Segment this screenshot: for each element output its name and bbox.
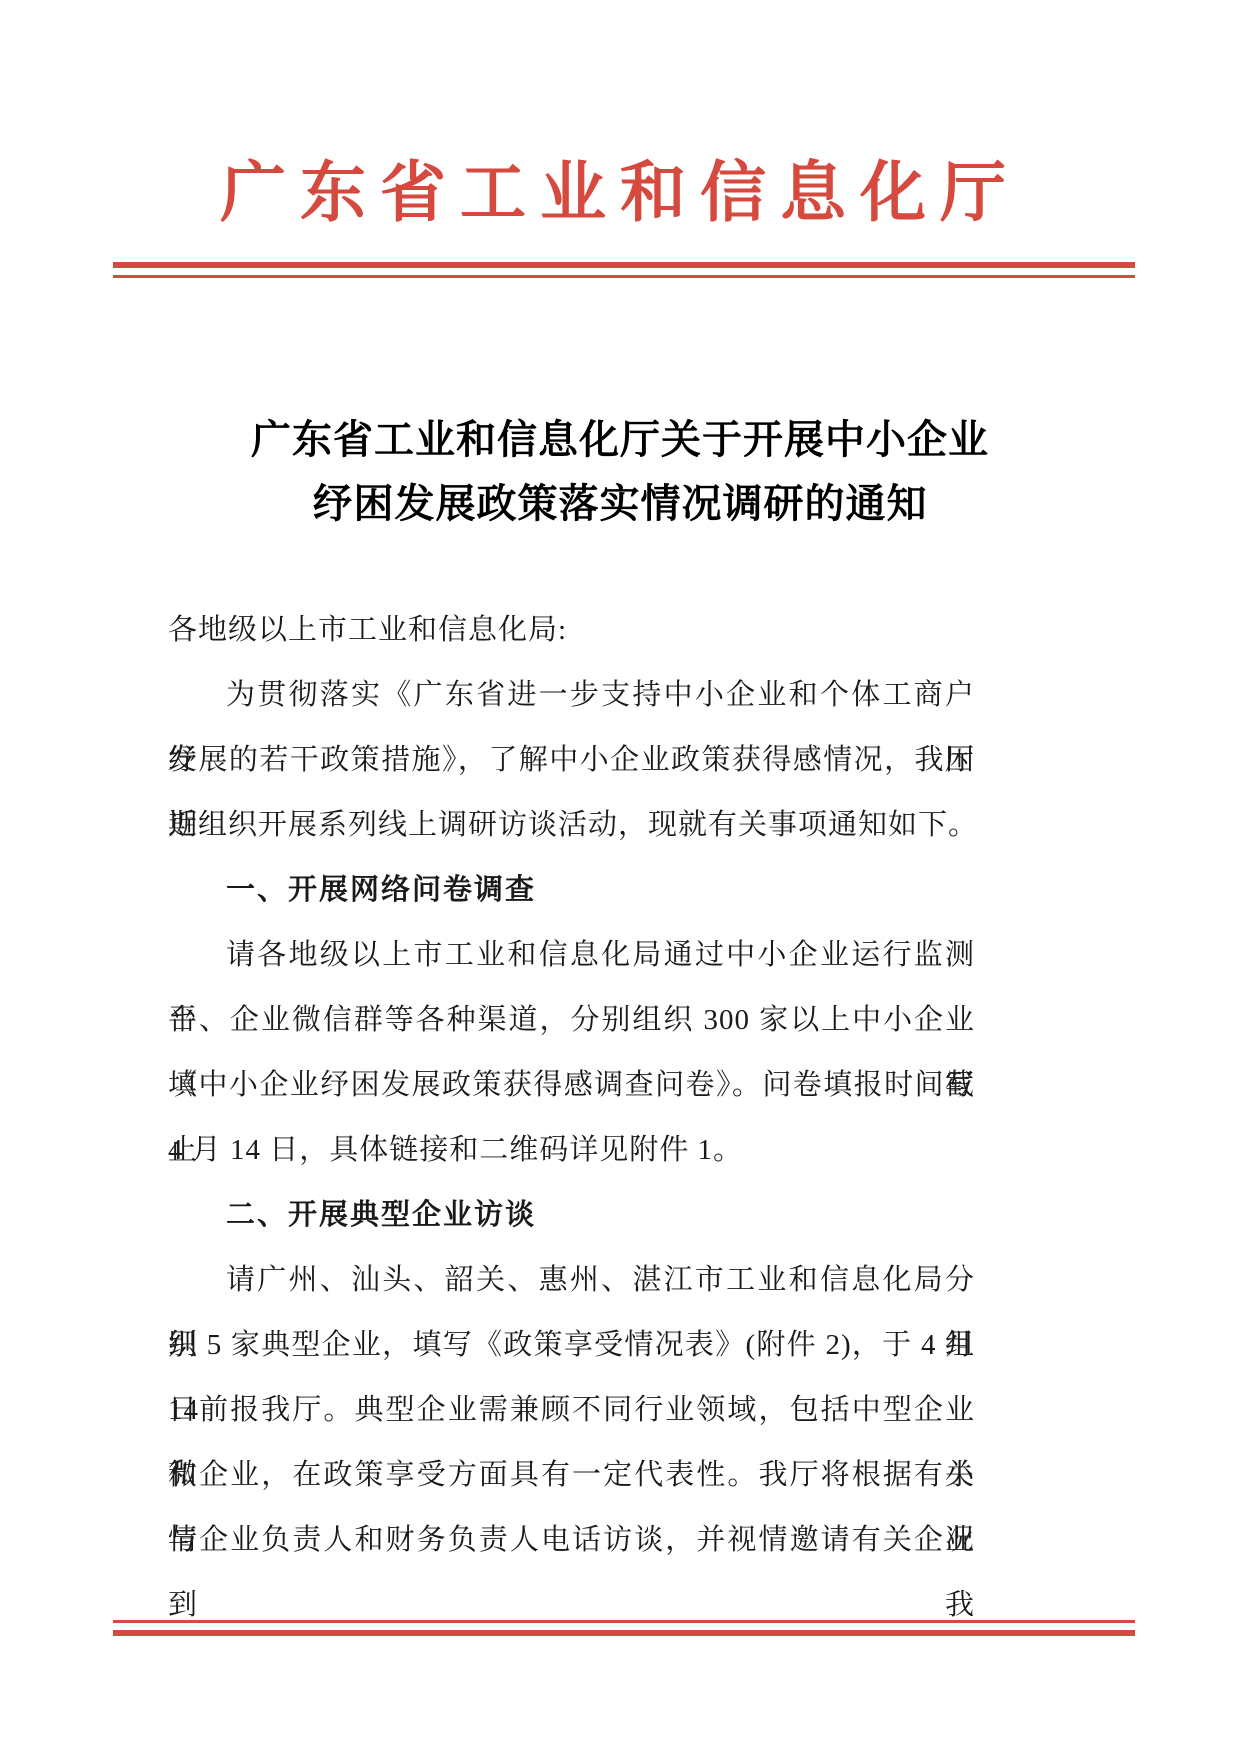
body-line: 日前报我厅。典型企业需兼顾不同行业领域，包括中型企业和小	[168, 1378, 975, 1443]
body-line: 与企业负责人和财务负责人电话访谈，并视情邀请有关企业到我	[168, 1508, 975, 1573]
salutation: 各地级以上市工业和信息化局:	[168, 598, 975, 663]
footer-rule-thin	[113, 1620, 1135, 1623]
section-heading-1: 一、开展网络问卷调查	[168, 858, 975, 923]
section-heading-2: 二、开展典型企业访谈	[168, 1183, 975, 1248]
document-title-line2: 纾困发展政策落实情况调研的通知	[0, 472, 1240, 536]
body-line: 请各地级以上市工业和信息化局通过中小企业运行监测平	[168, 923, 975, 988]
body-line: 微企业，在政策享受方面具有一定代表性。我厅将根据有关情况	[168, 1443, 975, 1508]
body-line: 期组织开展系列线上调研访谈活动，现就有关事项通知如下。	[168, 793, 975, 858]
body-line: 织 5 家典型企业，填写《政策享受情况表》(附件 2)，于 4 月 14	[168, 1313, 975, 1378]
header-rule-thick	[113, 262, 1135, 268]
body-line: 请广州、汕头、韶关、惠州、湛江市工业和信息化局分别组	[168, 1248, 975, 1313]
header-rule-thin	[113, 275, 1135, 278]
document-body: 各地级以上市工业和信息化局: 为贯彻落实《广东省进一步支持中小企业和个体工商户纾…	[168, 598, 975, 1573]
body-line: 《中小企业纾困发展政策获得感调查问卷》。问卷填报时间截止	[168, 1053, 975, 1118]
document-page: 广东省工业和信息化厅 广东省工业和信息化厅关于开展中小企业 纾困发展政策落实情况…	[0, 0, 1240, 1753]
document-title-line1: 广东省工业和信息化厅关于开展中小企业	[0, 408, 1240, 472]
document-title: 广东省工业和信息化厅关于开展中小企业 纾困发展政策落实情况调研的通知	[0, 408, 1240, 536]
body-line: 台、企业微信群等各种渠道，分别组织 300 家以上中小企业填写	[168, 988, 975, 1053]
body-line: 为贯彻落实《广东省进一步支持中小企业和个体工商户纾困	[168, 663, 975, 728]
agency-letterhead: 广东省工业和信息化厅	[0, 146, 1240, 242]
body-line: 发展的若干政策措施》，了解中小企业政策获得感情况，我厅近	[168, 728, 975, 793]
body-line: 4 月 14 日，具体链接和二维码详见附件 1。	[168, 1118, 975, 1183]
footer-rule-thick	[113, 1630, 1135, 1636]
